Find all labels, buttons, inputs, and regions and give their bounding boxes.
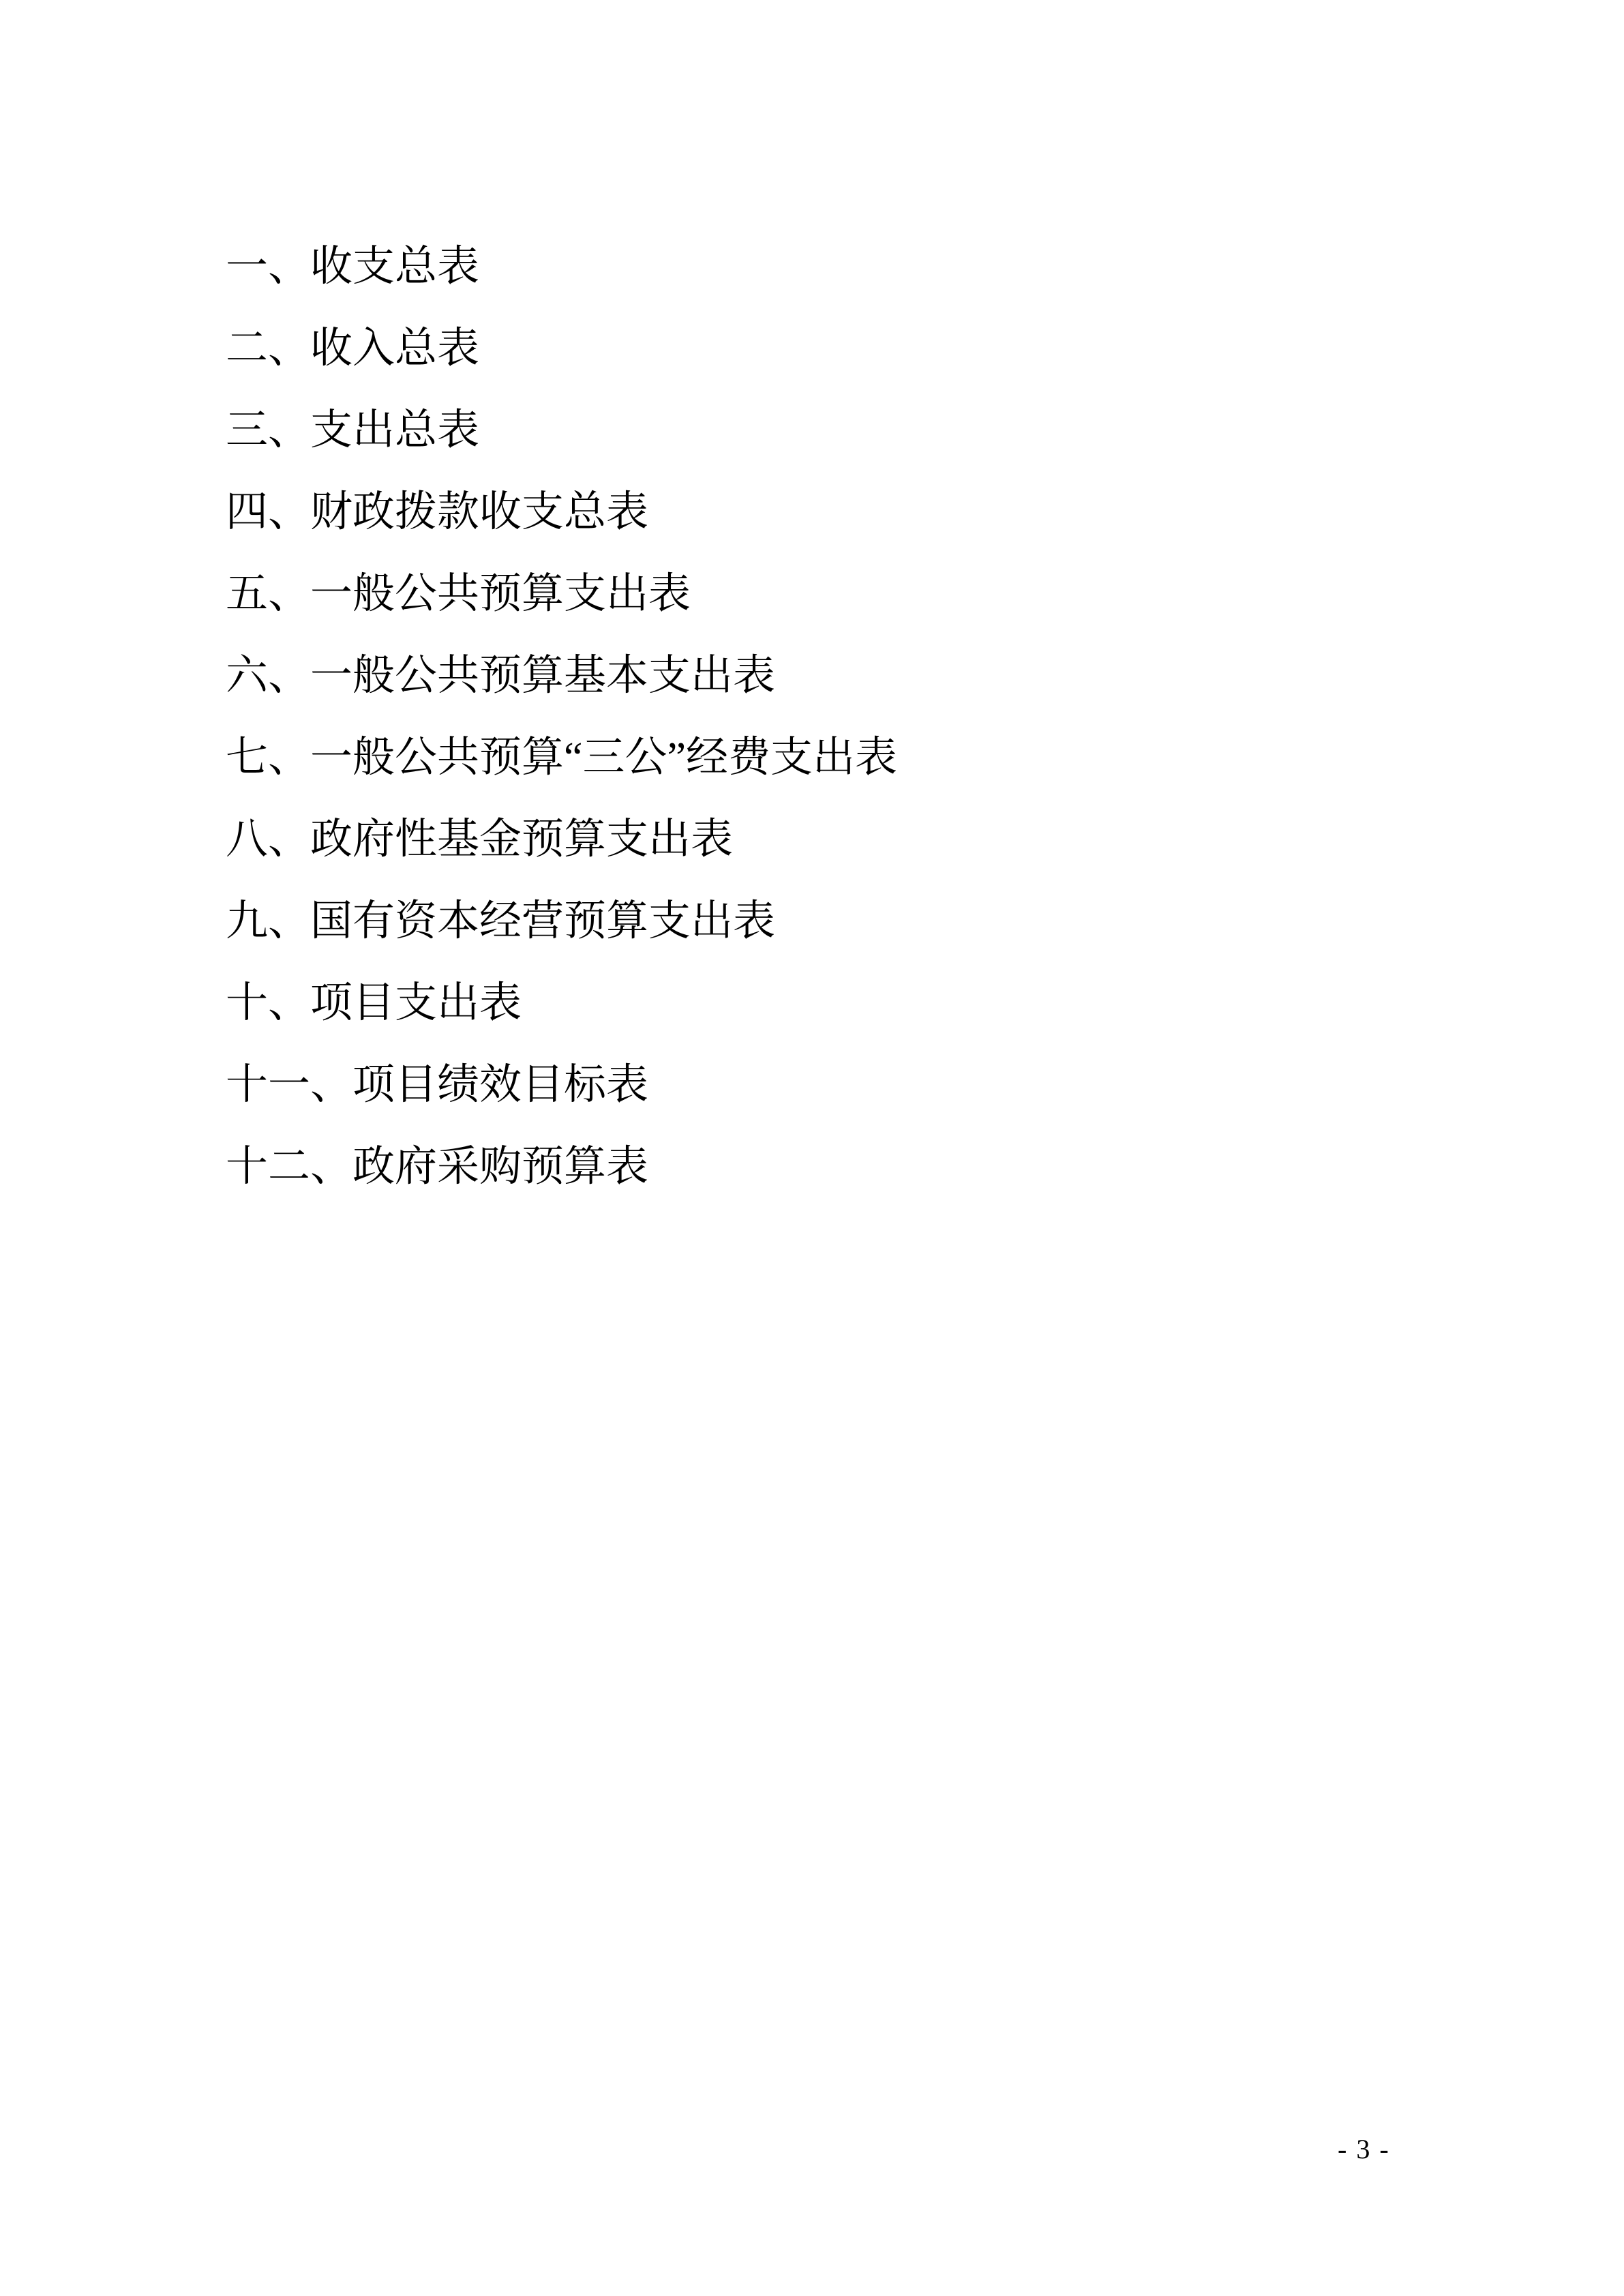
table-list: 一、收支总表 二、收入总表 三、支出总表 四、财政拨款收支总表 五、一般公共预算…	[226, 226, 897, 1208]
document-page: 一、收支总表 二、收入总表 三、支出总表 四、财政拨款收支总表 五、一般公共预算…	[0, 0, 1624, 2296]
toc-item-2: 二、收入总表	[226, 308, 897, 389]
page-number: - 3 -	[1338, 2133, 1390, 2166]
toc-item-4: 四、财政拨款收支总表	[226, 471, 897, 553]
toc-item-6: 六、一般公共预算基本支出表	[226, 635, 897, 717]
toc-item-1: 一、收支总表	[226, 226, 897, 308]
toc-item-12: 十二、政府采购预算表	[226, 1126, 897, 1208]
toc-item-11: 十一、项目绩效目标表	[226, 1044, 897, 1126]
toc-item-9: 九、国有资本经营预算支出表	[226, 880, 897, 962]
toc-item-5: 五、一般公共预算支出表	[226, 553, 897, 635]
toc-item-8: 八、政府性基金预算支出表	[226, 799, 897, 880]
toc-item-10: 十、项目支出表	[226, 962, 897, 1044]
toc-item-3: 三、支出总表	[226, 389, 897, 471]
toc-item-7: 七、一般公共预算“三公”经费支出表	[226, 717, 897, 799]
